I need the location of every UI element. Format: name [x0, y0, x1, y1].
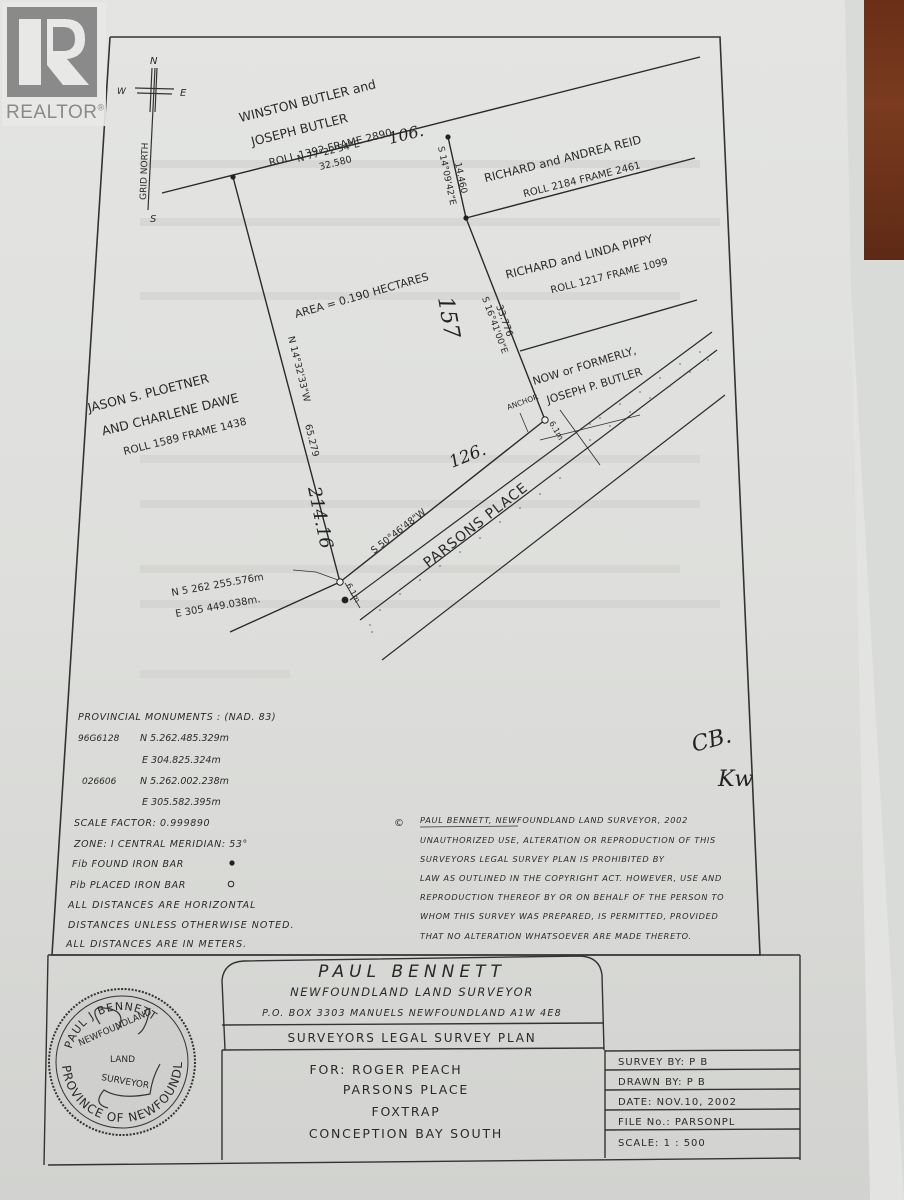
- grid-north-label: GRID NORTH: [139, 142, 151, 200]
- parcel-west: JASON S. PLOETNER AND CHARLENE DAWE ROLL…: [85, 364, 248, 464]
- found-iron-bar-icon: [229, 860, 234, 865]
- svg-text:WINSTON BUTLER and: WINSTON BUTLER and: [237, 76, 377, 125]
- survey-plan: N W E S GRID NORTH: [0, 0, 904, 1200]
- svg-text:N 5.262.485.329m: N 5.262.485.329m: [140, 733, 229, 744]
- copyright-icon: ©: [394, 818, 404, 829]
- svg-text:E 304.825.324m: E 304.825.324m: [142, 755, 221, 766]
- anchor-label: ANCHOR: [506, 392, 540, 412]
- svg-text:96G6128: 96G6128: [78, 734, 120, 744]
- bearing-northeast-line: S 14°09'42"E: [435, 146, 457, 207]
- survey-date: DATE: NOV.10, 2002: [618, 1097, 737, 1108]
- handwritten-initials-1: CB.: [689, 723, 734, 758]
- road-width-top: 6.1m: [547, 420, 565, 442]
- iron-bar-found-marker: [463, 215, 468, 220]
- svg-text:N 5.262.002.238m: N 5.262.002.238m: [140, 776, 229, 787]
- surveyor-profession: NEWFOUNDLAND LAND SURVEYOR: [290, 985, 534, 999]
- handwritten-west: 214.16: [303, 484, 337, 551]
- svg-text:PAUL BENNETT, NEWFOUNDLAND LAN: PAUL BENNETT, NEWFOUNDLAND LAND SURVEYOR…: [420, 815, 688, 825]
- copyright-notice: © PAUL BENNETT, NEWFOUNDLAND LAND SURVEY…: [394, 815, 724, 941]
- survey-by: SURVEY BY: P B: [618, 1057, 708, 1068]
- distance-west-line: 65.279: [302, 423, 321, 458]
- svg-text:PROVINCIAL MONUMENTS : (NAD. 8: PROVINCIAL MONUMENTS : (NAD. 83): [78, 712, 276, 723]
- region-name: CONCEPTION BAY SOUTH: [309, 1126, 503, 1141]
- iron-bar-placed-marker: [542, 417, 548, 423]
- svg-text:THAT NO ALTERATION WHATSOEVER: THAT NO ALTERATION WHATSOEVER ARE MADE T…: [420, 931, 692, 941]
- parcel-southeast: NOW or FORMERLY, JOSEPH P. BUTLER: [531, 344, 644, 409]
- svg-text:UNAUTHORIZED USE, ALTERATION O: UNAUTHORIZED USE, ALTERATION OR REPRODUC…: [420, 835, 716, 845]
- svg-text:LAND: LAND: [110, 1055, 135, 1065]
- realtor-logo-icon: [7, 7, 97, 97]
- svg-text:REPRODUCTION THEREOF BY OR ON: REPRODUCTION THEREOF BY OR ON BEHALF OF …: [420, 892, 724, 902]
- compass-e: E: [180, 88, 187, 99]
- handwritten-north: 106.: [386, 121, 425, 148]
- surveyor-address: P.O. BOX 3303 MANUELS NEWFOUNDLAND A1W 4…: [262, 1008, 562, 1019]
- svg-text:ZONE: I CENTRAL MERIDIAN: 53°: ZONE: I CENTRAL MERIDIAN: 53°: [73, 839, 248, 850]
- bearing-west-line: N 14°32'33"W: [285, 335, 312, 404]
- anchor-pointer: [520, 413, 528, 432]
- drawn-by: DRAWN BY: P B: [618, 1077, 706, 1088]
- svg-text:ALL DISTANCES ARE IN METERS.: ALL DISTANCES ARE IN METERS.: [65, 939, 247, 950]
- coord-east: E 305 449.038m.: [175, 594, 262, 620]
- svg-text:Pib PLACED IRON BAR: Pib PLACED IRON BAR: [70, 880, 186, 891]
- file-number: FILE No.: PARSONPL: [618, 1117, 735, 1128]
- handwritten-initials-2: Kw: [717, 767, 753, 792]
- iron-bar-found-marker: [445, 134, 450, 139]
- realtor-watermark: REALTOR®: [2, 2, 106, 126]
- svg-text:Fib FOUND IRON BAR: Fib FOUND IRON BAR: [72, 859, 184, 870]
- svg-text:ALL DISTANCES ARE HORIZONTAL: ALL DISTANCES ARE HORIZONTAL: [67, 900, 256, 911]
- survey-notes: PROVINCIAL MONUMENTS : (NAD. 83) 96G6128…: [65, 712, 294, 950]
- svg-text:WHOM THIS SURVEY WAS PREPARED,: WHOM THIS SURVEY WAS PREPARED, IS PERMIT…: [420, 911, 719, 921]
- iron-bar-found-marker: [230, 174, 235, 179]
- iron-bar-found-marker: [342, 597, 349, 604]
- locality-name: FOXTRAP: [371, 1104, 440, 1119]
- plan-scale: SCALE: 1 : 500: [618, 1138, 706, 1149]
- svg-text:LAW AS OUTLINED IN THE COPYRIG: LAW AS OUTLINED IN THE COPYRIGHT ACT. HO…: [420, 873, 722, 883]
- svg-text:PROVINCE OF NEWFOUNDLAND: PROVINCE OF NEWFOUNDLAND: [0, 0, 185, 1125]
- svg-text:RICHARD and ANDREA REID: RICHARD and ANDREA REID: [483, 132, 643, 185]
- compass-w: W: [117, 87, 127, 97]
- compass-n: N: [150, 56, 158, 67]
- svg-text:E 305.582.395m: E 305.582.395m: [142, 797, 221, 808]
- placed-iron-bar-icon: [228, 881, 234, 887]
- svg-text:DISTANCES UNLESS OTHERWISE NO: DISTANCES UNLESS OTHERWISE NOTED.: [68, 920, 294, 931]
- client-name: FOR: ROGER PEACH: [310, 1062, 463, 1077]
- svg-text:SURVEYORS LEGAL SURVEY PLAN IS: SURVEYORS LEGAL SURVEY PLAN IS PROHIBITE…: [420, 854, 665, 864]
- compass-s: S: [150, 214, 157, 225]
- handwritten-south: 126.: [446, 440, 489, 473]
- svg-text:SCALE FACTOR: 0.999890: SCALE FACTOR: 0.999890: [74, 818, 210, 829]
- realtor-label: REALTOR®: [6, 102, 105, 124]
- handwritten-east: 157: [432, 295, 464, 341]
- surveyor-name: PAUL BENNETT: [318, 962, 506, 982]
- svg-text:026606: 026606: [82, 777, 117, 787]
- plan-type: SURVEYORS LEGAL SURVEY PLAN: [287, 1031, 536, 1045]
- road-stipple: [369, 351, 709, 633]
- parcel-northeast: RICHARD and ANDREA REID ROLL 2184 FRAME …: [483, 132, 649, 208]
- street-name: PARSONS PLACE: [343, 1082, 469, 1097]
